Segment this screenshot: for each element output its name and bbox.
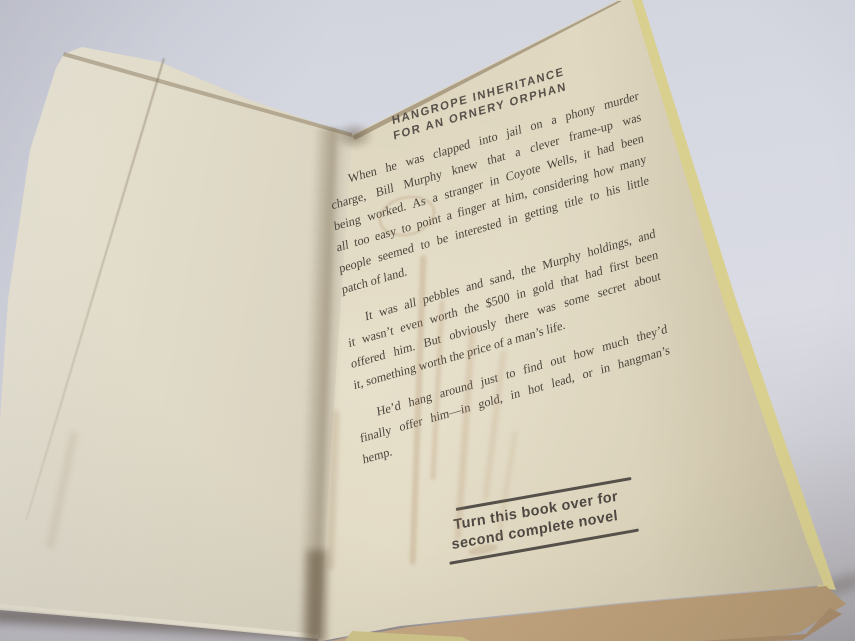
photo-of-open-book: HANGROPE INHERITANCE FOR AN ORNERY ORPHA… (0, 0, 855, 641)
gutter-shadow-deep (305, 550, 327, 641)
